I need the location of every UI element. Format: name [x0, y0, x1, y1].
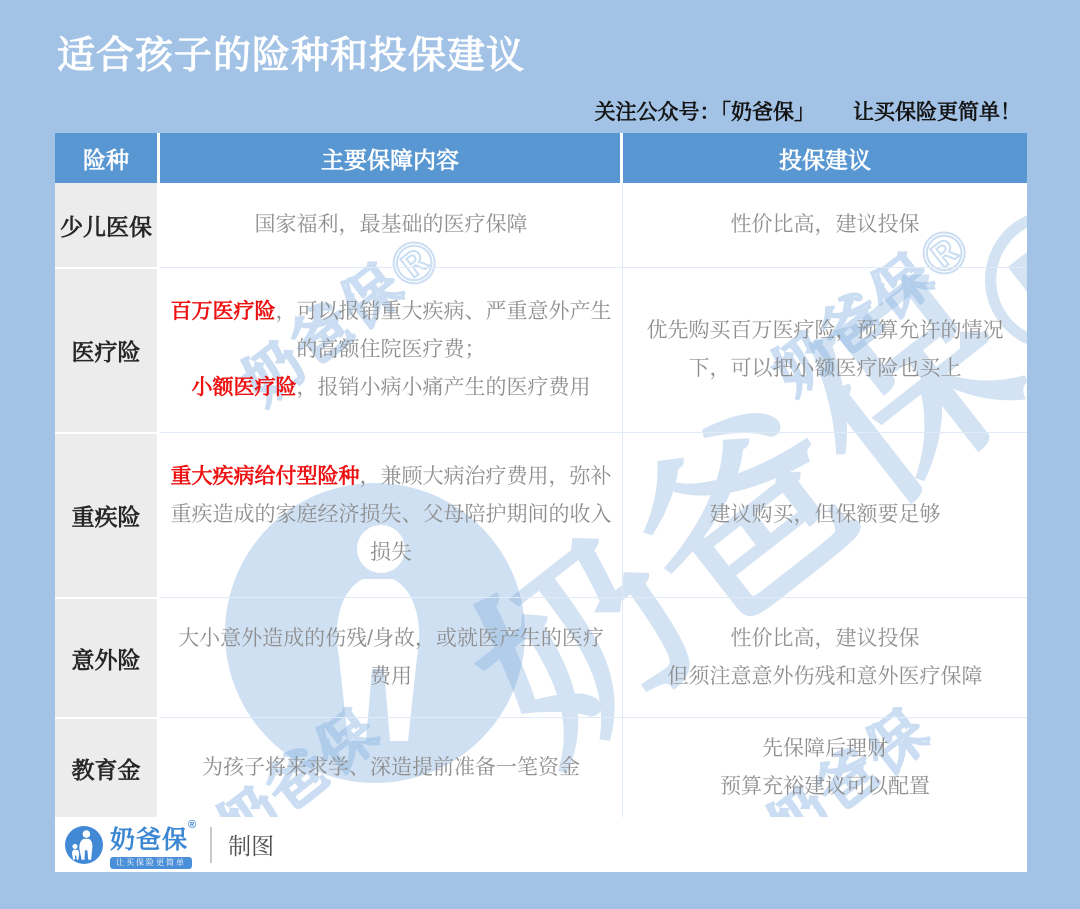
table-row: 少儿医保国家福利，最基础的医疗保障性价比高，建议投保: [55, 183, 1027, 267]
table-body: 奶爸保® 奶爸保® 奶爸保® 奶爸保 奶爸保 少儿医保国家福利，最基础的医疗保障…: [55, 183, 1027, 817]
advice-text: 预算充裕建议可以配置: [720, 775, 930, 798]
coverage-text: 国家福利，最基础的医疗保障: [255, 213, 528, 236]
coverage-cell: 大小意外造成的伤残/身故，或就医产生的医疗费用: [160, 597, 623, 717]
footer-divider: [210, 827, 212, 863]
insurance-type-cell: 重疾险: [55, 432, 160, 597]
coverage-text: ，报销小病小痛产生的医疗费用: [297, 376, 591, 399]
coverage-cell: 百万医疗险，可以报销重大疾病、严重意外产生的高额住院医疗费；小额医疗险，报销小病…: [160, 267, 623, 432]
footer: 奶爸保 ® 让买保险更简单 制图: [55, 817, 1027, 872]
table-row: 医疗险百万医疗险，可以报销重大疾病、严重意外产生的高额住院医疗费；小额医疗险，报…: [55, 267, 1027, 432]
infographic-page: 适合孩子的险种和投保建议 关注公众号：「奶爸保」 让买保险更简单！ 险种 主要保…: [0, 0, 1080, 909]
advice-text: 但须注意意外伤残和意外医疗保障: [668, 665, 983, 688]
subtitle-account: 关注公众号：「奶爸保」: [595, 96, 816, 126]
table-row: 意外险大小意外造成的伤残/身故，或就医产生的医疗费用性价比高，建议投保但须注意意…: [55, 597, 1027, 717]
brand-name: 奶爸保: [110, 820, 188, 856]
advice-text: 优先购买百万医疗险，预算允许的情况下，可以把小额医疗险也买上: [647, 319, 1004, 380]
subtitle: 关注公众号：「奶爸保」 让买保险更简单！: [595, 96, 1022, 126]
advice-text: 建议购买，但保额要足够: [710, 503, 941, 526]
coverage-highlight: 小额医疗险: [192, 376, 297, 399]
advice-cell: 建议购买，但保额要足够: [623, 432, 1027, 597]
brand-logo-icon: [65, 826, 103, 864]
advice-cell: 先保障后理财预算充裕建议可以配置: [623, 717, 1027, 817]
advice-text: 性价比高，建议投保: [731, 627, 920, 650]
table-row: 教育金为孩子将来求学、深造提前准备一笔资金先保障后理财预算充裕建议可以配置: [55, 717, 1027, 817]
coverage-text: 大小意外造成的伤残/身故，或就医产生的医疗费用: [178, 627, 604, 688]
header-advice: 投保建议: [623, 133, 1027, 183]
insurance-type-cell: 少儿医保: [55, 183, 160, 267]
advice-text: 性价比高，建议投保: [731, 213, 920, 236]
advice-cell: 优先购买百万医疗险，预算允许的情况下，可以把小额医疗险也买上: [623, 267, 1027, 432]
brand-block: 奶爸保 ® 让买保险更简单: [110, 820, 196, 869]
coverage-text: 为孩子将来求学、深造提前准备一笔资金: [202, 756, 580, 779]
advice-cell: 性价比高，建议投保但须注意意外伤残和意外医疗保障: [623, 597, 1027, 717]
registered-mark: ®: [188, 819, 196, 831]
coverage-cell: 国家福利，最基础的医疗保障: [160, 183, 623, 267]
insurance-type-cell: 医疗险: [55, 267, 160, 432]
insurance-type-cell: 意外险: [55, 597, 160, 717]
header-insurance-type: 险种: [55, 133, 160, 183]
advice-text: 先保障后理财: [762, 737, 888, 760]
advice-cell: 性价比高，建议投保: [623, 183, 1027, 267]
coverage-highlight: 百万医疗险: [171, 300, 276, 323]
subtitle-slogan: 让买保险更简单！: [853, 96, 1021, 126]
table-header-row: 险种 主要保障内容 投保建议: [55, 133, 1027, 183]
coverage-highlight: 重大疾病给付型险种: [171, 465, 360, 488]
insurance-type-cell: 教育金: [55, 717, 160, 817]
header-coverage: 主要保障内容: [160, 133, 623, 183]
page-title: 适合孩子的险种和投保建议: [57, 24, 525, 79]
table-row: 重疾险重大疾病给付型险种，兼顾大病治疗费用，弥补重疾造成的家庭经济损失、父母陪护…: [55, 432, 1027, 597]
brand-tagline: 让买保险更简单: [110, 857, 192, 869]
insurance-table: 险种 主要保障内容 投保建议 奶爸保® 奶爸保® 奶爸保® 奶爸保 奶爸保: [55, 133, 1027, 872]
coverage-text: ，可以报销重大疾病、严重意外产生的高额住院医疗费；: [276, 300, 612, 361]
footer-caption: 制图: [228, 828, 274, 861]
coverage-cell: 重大疾病给付型险种，兼顾大病治疗费用，弥补重疾造成的家庭经济损失、父母陪护期间的…: [160, 432, 623, 597]
coverage-cell: 为孩子将来求学、深造提前准备一笔资金: [160, 717, 623, 817]
